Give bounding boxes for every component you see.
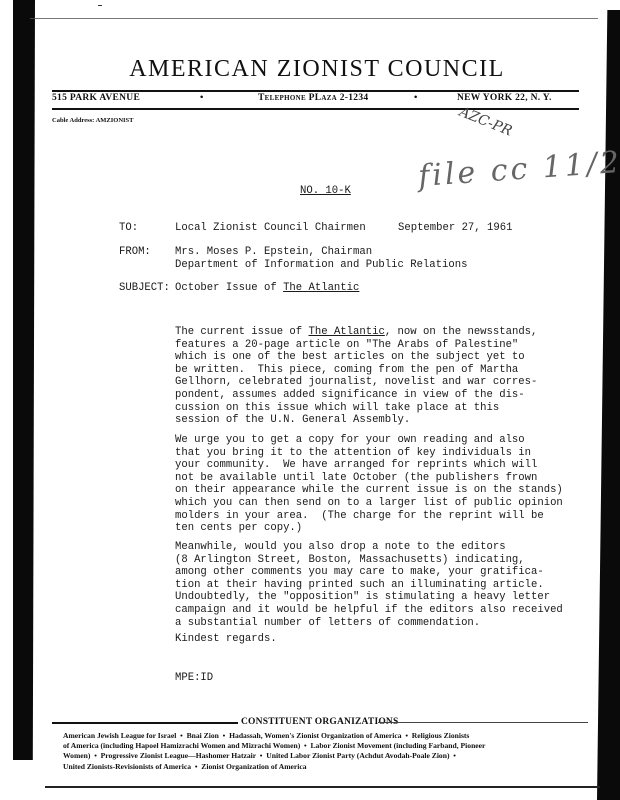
- letterhead-title: AMERICAN ZIONIST COUNCIL: [0, 56, 620, 83]
- footer-heading: CONSTITUENT ORGANIZATIONS: [241, 717, 398, 727]
- scan-border-right: [597, 10, 620, 800]
- scan-top-rule: [30, 18, 598, 19]
- subject-value: October Issue of The Atlantic: [175, 282, 359, 294]
- subject-publication: The Atlantic: [283, 282, 359, 294]
- subject-label: SUBJECT:: [119, 282, 170, 294]
- separator-bullet: •: [200, 93, 204, 103]
- cable-address: Cable Address: AMZIONIST: [52, 117, 134, 124]
- subject-prefix: October Issue of: [175, 282, 283, 294]
- separator-bullet: •: [414, 93, 418, 103]
- closing: Kindest regards.: [175, 633, 595, 646]
- p1-prefix: The current issue of: [175, 326, 309, 338]
- paragraph-3: Meanwhile, would you also drop a note to…: [175, 541, 595, 629]
- city-address: NEW YORK 22, N. Y.: [457, 93, 552, 103]
- paragraph-2: We urge you to get a copy for your own r…: [175, 434, 595, 535]
- from-value-line2: Department of Information and Public Rel…: [175, 259, 467, 271]
- from-label: FROM:: [119, 246, 151, 258]
- letterhead-rule-bottom: [52, 108, 579, 110]
- typist-initials: MPE:ID: [175, 672, 595, 685]
- bottom-rule: [45, 786, 600, 788]
- telephone: Telephone PLaza 2-1234: [258, 93, 368, 103]
- constituent-organizations-list: American Jewish League for Israel • Bnai…: [63, 731, 603, 772]
- letterhead-address-bar: 515 PARK AVENUE • Telephone PLaza 2-1234…: [52, 93, 579, 107]
- handwritten-filing-note: file cc 11/2/61: [417, 141, 620, 194]
- footer-rule-right: [378, 722, 588, 723]
- p1-publication: The Atlantic: [309, 326, 385, 338]
- p1-rest: , now on the newsstands, features a 20-p…: [175, 326, 537, 426]
- scan-mark: [98, 5, 102, 6]
- to-label: TO:: [119, 222, 138, 234]
- paragraph-1: The current issue of The Atlantic, now o…: [175, 326, 595, 427]
- memo-number: NO. 10-K: [300, 185, 351, 197]
- memo-date: September 27, 1961: [398, 222, 512, 234]
- from-value-line1: Mrs. Moses P. Epstein, Chairman: [175, 246, 372, 258]
- scan-border-left: [13, 0, 35, 760]
- street-address: 515 PARK AVENUE: [52, 93, 140, 103]
- to-value: Local Zionist Council Chairmen: [175, 222, 366, 234]
- letterhead-rule-top: [52, 90, 579, 92]
- footer-rule-left: [52, 722, 238, 724]
